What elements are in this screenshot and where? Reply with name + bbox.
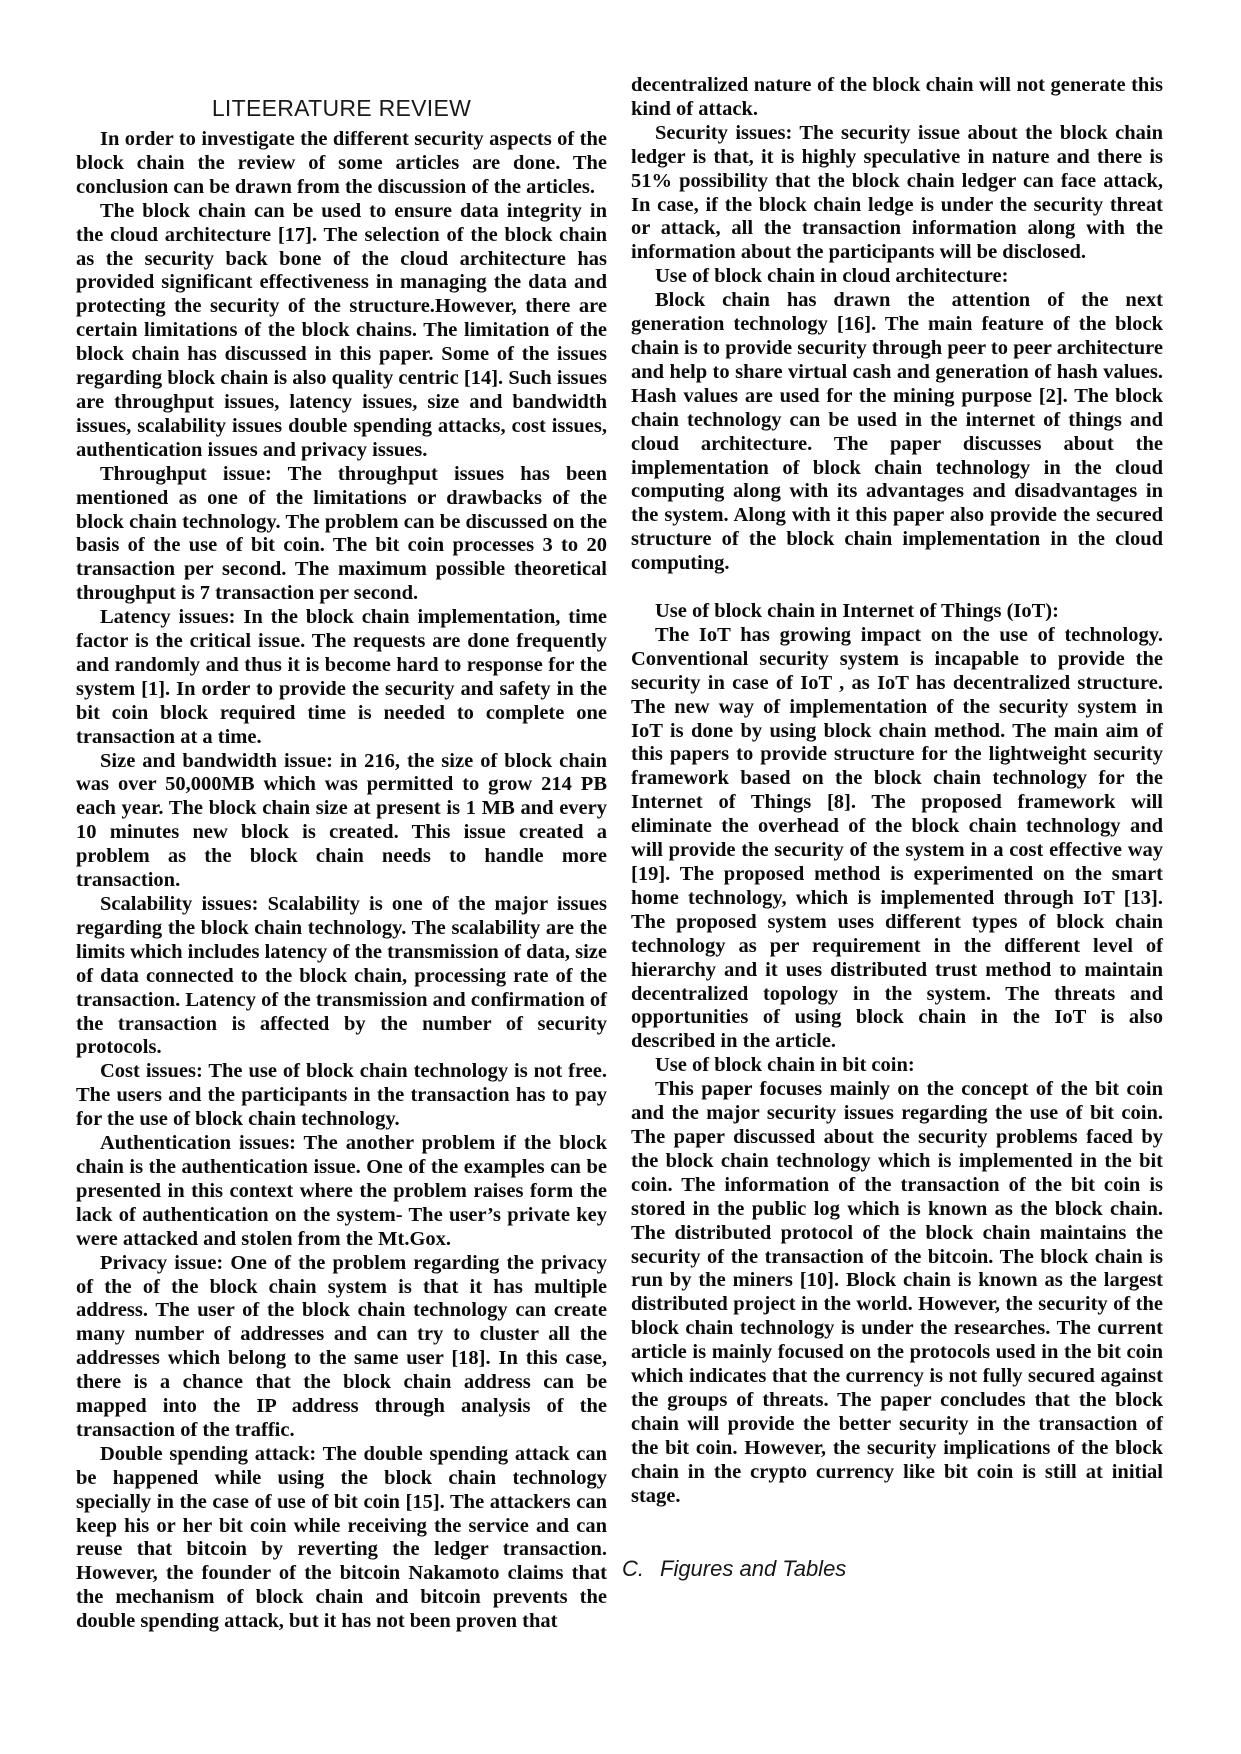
- subsection-label: C.: [622, 1556, 644, 1582]
- paragraph-intro: In order to investigate the different se…: [76, 128, 607, 200]
- paragraph-bitcoin: This paper focuses mainly on the concept…: [631, 1078, 1163, 1508]
- paragraph-double-spending-attack: Double spending attack: The double spend…: [76, 1443, 607, 1634]
- paragraph-security-issues: Security issues: The security issue abou…: [631, 122, 1163, 265]
- heading-use-bitcoin: Use of block chain in bit coin:: [631, 1054, 1163, 1078]
- paragraph-throughput-issue: Throughput issue: The throughput issues …: [76, 463, 607, 606]
- right-column: decentralized nature of the block chain …: [631, 74, 1163, 1508]
- subsection-title: Figures and Tables: [660, 1556, 846, 1582]
- subsection-heading: C. Figures and Tables: [622, 1556, 846, 1582]
- paragraph-limitations: The block chain can be used to ensure da…: [76, 200, 607, 463]
- paragraph-cloud-architecture: Block chain has drawn the attention of t…: [631, 289, 1163, 576]
- paragraph-privacy-issue: Privacy issue: One of the problem regard…: [76, 1252, 607, 1443]
- paragraph-authentication-issues: Authentication issues: The another probl…: [76, 1132, 607, 1252]
- paragraph-cost-issues: Cost issues: The use of block chain tech…: [76, 1060, 607, 1132]
- paragraph-double-spending-continuation: decentralized nature of the block chain …: [631, 74, 1163, 122]
- paragraph-scalability-issues: Scalability issues: Scalability is one o…: [76, 893, 607, 1060]
- paragraph-size-bandwidth-issue: Size and bandwidth issue: in 216, the si…: [76, 750, 607, 893]
- heading-use-iot: Use of block chain in Internet of Things…: [631, 600, 1163, 624]
- heading-use-cloud-architecture: Use of block chain in cloud architecture…: [631, 265, 1163, 289]
- left-column: LITEERATURE REVIEW In order to investiga…: [76, 96, 607, 1634]
- paragraph-latency-issues: Latency issues: In the block chain imple…: [76, 606, 607, 749]
- document-page: LITEERATURE REVIEW In order to investiga…: [0, 0, 1241, 1754]
- paragraph-iot: The IoT has growing impact on the use of…: [631, 624, 1163, 1054]
- section-heading: LITEERATURE REVIEW: [76, 96, 607, 120]
